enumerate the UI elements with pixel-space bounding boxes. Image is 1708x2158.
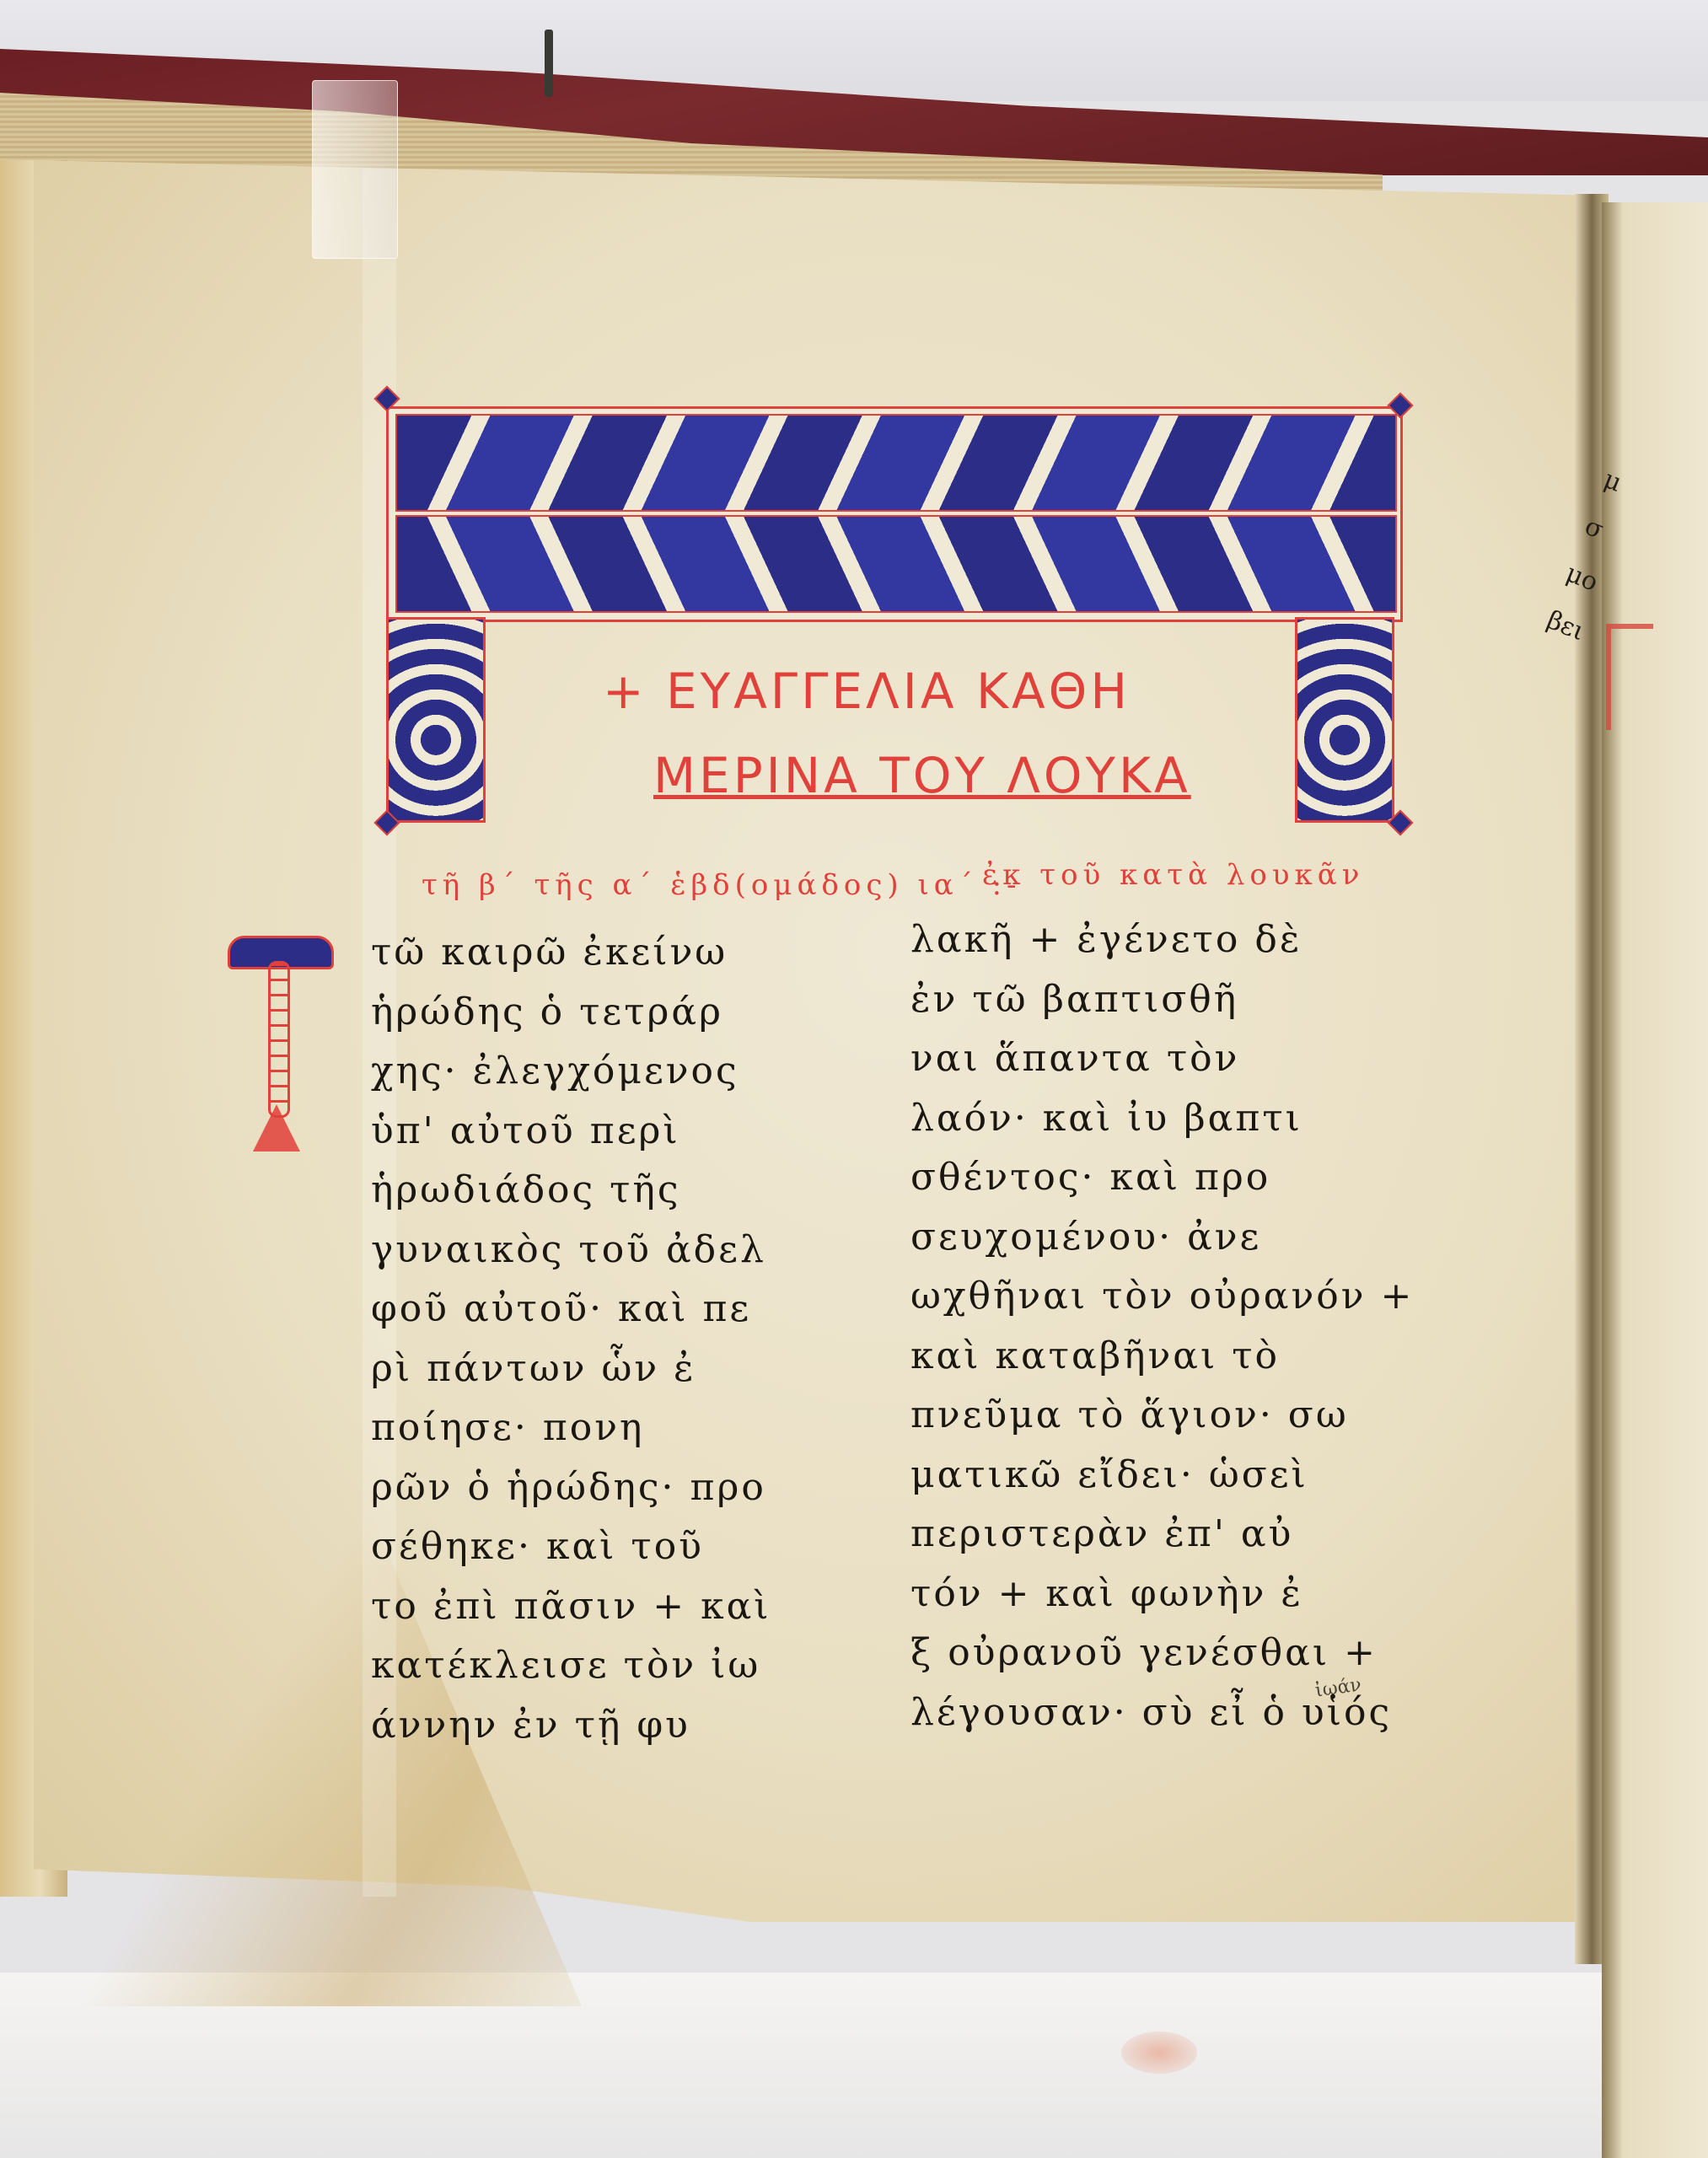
title-line-2: ΜΕΡΙΝΑ ΤΟΥ ΛΟΥΚΑ xyxy=(653,733,1277,818)
initial-foot xyxy=(253,1104,300,1151)
text-line: το ἐπὶ πᾶσιν + καὶ xyxy=(371,1577,771,1637)
text-line: λακῆ + ἐγένετο δὲ xyxy=(910,910,1414,970)
text-line: ρῶν ὁ ἡρώδης· προ xyxy=(371,1458,771,1518)
text-line: λαόν· καὶ ἰυ βαπτι xyxy=(910,1089,1414,1149)
title-line-1: + ΕΥΑΓΓΕΛΙΑ ΚΑΘΗ xyxy=(603,663,1131,720)
headpiece-left-leg xyxy=(386,617,486,823)
text-line: ὑπ' αὐτοῦ περὶ xyxy=(371,1102,771,1162)
text-line: χης· ἐλεγχόμενος xyxy=(371,1042,771,1102)
text-line: τῶ καιρῶ ἐκείνω xyxy=(371,923,771,983)
red-stain xyxy=(1121,2032,1197,2074)
headpiece-frame xyxy=(386,406,1403,622)
text-line: φοῦ αὐτοῦ· καὶ πε xyxy=(371,1280,771,1339)
facing-page-initial xyxy=(1606,624,1653,730)
text-line: ωχθῆναι τὸν οὐρανόν + xyxy=(910,1267,1414,1327)
text-line: άννην ἐν τῇ φυ xyxy=(371,1696,771,1756)
text-line: ἡρωδιάδος τῆς xyxy=(371,1161,771,1221)
text-line: σθέντος· καὶ προ xyxy=(910,1148,1414,1208)
text-line: ναι ἅπαντα τὸν xyxy=(910,1029,1414,1089)
text-line: σευχομένου· ἀνε xyxy=(910,1208,1414,1268)
text-column-left: τῶ καιρῶ ἐκείνω ἡρώδης ὁ τετράρ χης· ἐλε… xyxy=(371,923,771,1755)
text-line: κατέκλεισε τὸν ἰω xyxy=(371,1636,771,1696)
headpiece-title: + ΕΥΑΓΓΕΛΙΑ ΚΑΘΗ ΜΕΡΙΝΑ ΤΟΥ ΛΟΥΚΑ xyxy=(603,649,1277,818)
illuminated-headpiece: + ΕΥΑΓΓΕΛΙΑ ΚΑΘΗ ΜΕΡΙΝΑ ΤΟΥ ΛΟΥΚΑ xyxy=(379,396,1416,835)
text-column-right: λακῆ + ἐγένετο δὲ ἐν τῶ βαπτισθῆ ναι ἅπα… xyxy=(910,910,1414,1742)
text-line: ματικῶ εἴδει· ὡσεὶ xyxy=(910,1446,1414,1506)
text-line: ἡρώδης ὁ τετράρ xyxy=(371,983,771,1043)
text-line: ποίησε· πονη xyxy=(371,1398,771,1458)
text-line: περιστερὰν ἐπ' αὐ xyxy=(910,1505,1414,1565)
metal-clasp-pin xyxy=(545,30,553,97)
initial-stem xyxy=(268,961,290,1118)
text-line: γυναικὸς τοῦ ἀδελ xyxy=(371,1221,771,1280)
rubric-left: τῆ β΄ τῆς α΄ ἑβδ(ομάδος) ια΄ :- xyxy=(422,868,1022,902)
decorated-initial-tau xyxy=(228,936,329,1155)
ornament-band-bottom xyxy=(395,515,1397,613)
headpiece-right-leg xyxy=(1295,617,1394,823)
text-line: ρὶ πάντων ὧν ἐ xyxy=(371,1339,771,1399)
ornament-band-top xyxy=(395,414,1397,512)
rubric-right: ἐκ τοῦ κατὰ λουκᾶν xyxy=(982,858,1364,892)
clear-strap-clip xyxy=(312,80,398,259)
text-line: πνεῦμα τὸ ἅγιον· σω xyxy=(910,1386,1414,1446)
text-line: ἐν τῶ βαπτισθῆ xyxy=(910,970,1414,1030)
text-line: καὶ καταβῆναι τὸ xyxy=(910,1327,1414,1387)
text-line: τόν + καὶ φωνὴν ἐ xyxy=(910,1565,1414,1624)
text-line: σέθηκε· καὶ τοῦ xyxy=(371,1517,771,1577)
text-line: ξ οὐρανοῦ γενέσθαι + xyxy=(910,1624,1414,1683)
